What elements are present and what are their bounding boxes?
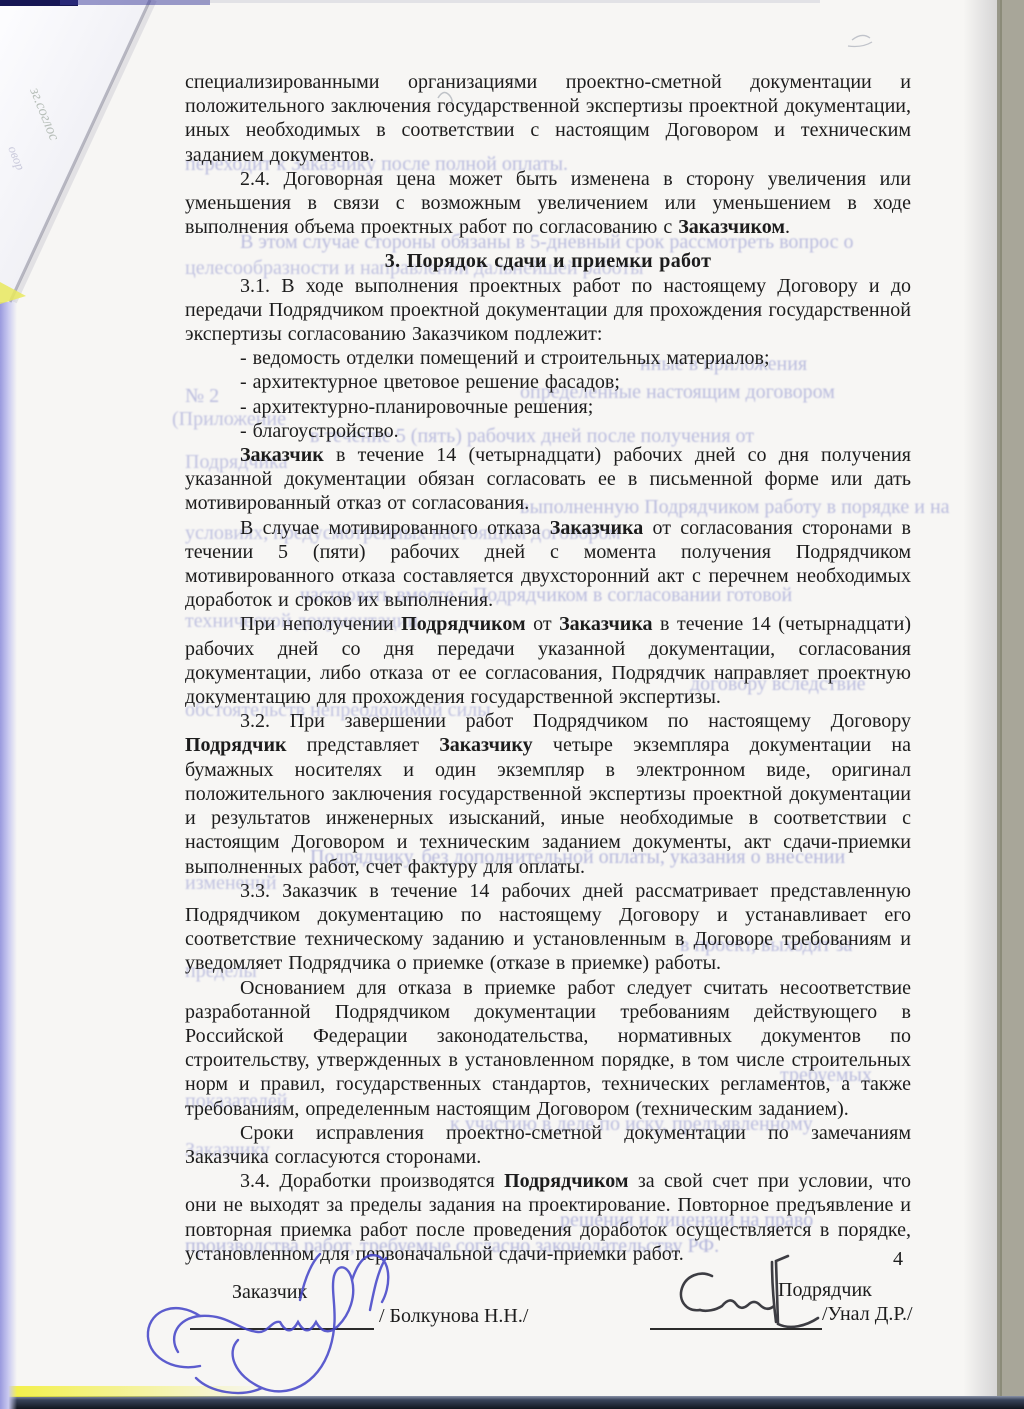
scanner-background-strip bbox=[1000, 0, 1024, 1409]
paragraph: При неполучении Подрядчиком от Заказчика… bbox=[185, 612, 911, 709]
scanned-contract-page: зг.соглос овор переходит к Заказчику пос… bbox=[0, 0, 1024, 1409]
list-item: - ведомость отделки помещений и строител… bbox=[240, 346, 911, 370]
paragraph: Заказчик в течение 14 (четырнадцати) раб… bbox=[185, 443, 911, 516]
fold-yellow-sliver-left bbox=[0, 282, 26, 304]
paragraph: 3.2. При завершении работ Подрядчиком по… bbox=[185, 709, 911, 878]
paragraph: В случае мотивированного отказа Заказчик… bbox=[185, 516, 911, 613]
svg-text:овор: овор bbox=[5, 144, 28, 173]
document-body: специализированными организациями проект… bbox=[185, 70, 911, 1266]
customer-signature-line bbox=[190, 1328, 374, 1330]
customer-signature-name: / Болкунова Н.Н./ bbox=[379, 1305, 528, 1328]
paragraph: Сроки исправления проектно-сметной докум… bbox=[185, 1121, 911, 1169]
paragraph: 3.3. Заказчик в течение 14 рабочих дней … bbox=[185, 879, 911, 976]
list-item: - архитектурно-планировочные решения; bbox=[240, 395, 911, 419]
page-fold-flap bbox=[0, 0, 150, 302]
list-item: - архитектурное цветовое решение фасадов… bbox=[240, 370, 911, 394]
paragraph: 3.1. В ходе выполнения проектных работ п… bbox=[185, 274, 911, 347]
customer-signature-ink bbox=[148, 1254, 388, 1393]
paragraph: Основанием для отказа в приемке работ сл… bbox=[185, 976, 911, 1121]
paragraph: специализированными организациями проект… bbox=[185, 70, 911, 167]
customer-role-label: Заказчик bbox=[232, 1281, 307, 1304]
stray-mark bbox=[848, 35, 872, 46]
paragraph: 2.4. Договорная цена может быть изменена… bbox=[185, 167, 911, 240]
fold-yellow-sliver-bottom bbox=[0, 1386, 270, 1397]
page-fold-crease bbox=[10, 0, 150, 302]
page-number: 4 bbox=[893, 1248, 903, 1271]
scan-top-edge-bar bbox=[0, 0, 78, 6]
paper-right-edge-shadow bbox=[963, 0, 1000, 1409]
paper-left-edge bbox=[0, 0, 17, 1409]
scanner-bottom-bar bbox=[0, 1396, 1024, 1409]
list-item: - благоустройство. bbox=[240, 419, 911, 443]
contractor-signature-name: /Унал Д.Р./ bbox=[822, 1303, 913, 1326]
fold-ghost-handwriting: зг.соглос bbox=[26, 85, 62, 144]
section-heading: 3. Порядок сдачи и приемки работ bbox=[185, 249, 911, 273]
paragraph: 3.4. Доработки производятся Подрядчиком … bbox=[185, 1169, 911, 1266]
contractor-signature-line bbox=[650, 1328, 822, 1330]
contractor-role-label: Подрядчик bbox=[778, 1279, 872, 1302]
